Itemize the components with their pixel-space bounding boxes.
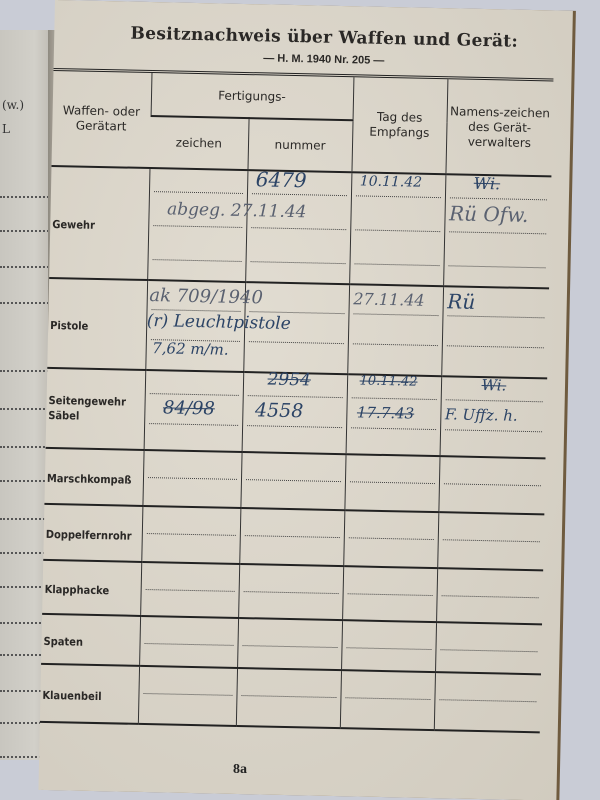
table-row-klauenbeil: Klauenbeil — [40, 664, 541, 732]
header-manufacturing: Fertigungs- — [151, 72, 354, 121]
handwritten-entry: 6479 — [256, 167, 307, 192]
handwritten-signature: Wi. — [474, 174, 501, 194]
header-item-type: Waffen- oder Gerätart — [52, 69, 152, 168]
equipment-table: Waffen- oder Gerätart Fertigungs- Tag de… — [40, 68, 554, 733]
handwritten-signature: Rü — [447, 289, 475, 314]
table-row-gewehr: Gewehr 6479 abgeg. 27.11.44 10.11.42 Wi.… — [49, 166, 551, 288]
left-page-fragment: L — [2, 122, 10, 136]
left-page-fragment: (w.) — [2, 98, 24, 112]
row-label: Marschkompaß — [45, 471, 132, 486]
table-row-marschkompass: Marschkompaß — [44, 448, 545, 514]
row-label: Klapphacke — [43, 582, 110, 596]
handwritten-signature: Rü Ofw. — [449, 201, 529, 227]
table-row-seitengewehr: Seitengewehr Säbel 84/98 2954 4558 10.11… — [46, 368, 548, 458]
handwritten-entry: 10.11.42 — [359, 373, 417, 389]
handwritten-entry: 17.7.43 — [357, 403, 415, 422]
row-label: Pistole — [48, 318, 88, 332]
handwritten-entry: 4558 — [255, 399, 304, 422]
row-label: Seitengewehr Säbel — [46, 393, 129, 425]
header-number: nummer — [247, 118, 352, 172]
table-row-doppelfernrohr: Doppelfernrohr — [43, 504, 544, 570]
handwritten-entry: 10.11.42 — [360, 173, 423, 190]
handwritten-entry: 27.11.44 — [353, 289, 425, 309]
handwritten-entry: 7,62 m/m. — [152, 339, 229, 359]
header-mark: zeichen — [150, 116, 249, 170]
document-page: Besitznachweis über Waffen und Gerät: — … — [38, 0, 572, 800]
handwritten-signature: Wi. — [481, 376, 506, 395]
header-signature: Namens-zeichen des Gerät-verwalters — [445, 78, 553, 177]
page-number: 8a — [210, 762, 270, 778]
handwritten-entry: abgeg. 27.11.44 — [167, 199, 307, 222]
header-date-received: Tag des Empfangs — [351, 76, 447, 174]
row-label: Klauenbeil — [40, 688, 101, 702]
handwritten-signature: F. Uffz. h. — [445, 405, 518, 425]
handwritten-entry: 84/98 — [163, 397, 215, 419]
handwritten-entry: 2954 — [267, 370, 311, 391]
row-label: Doppelfernrohr — [44, 527, 132, 542]
row-label: Spaten — [41, 634, 83, 648]
table-row-pistole: Pistole ak 709/1940 (r) Leuchtpistole 7,… — [47, 278, 549, 378]
row-label: Gewehr — [50, 217, 95, 231]
